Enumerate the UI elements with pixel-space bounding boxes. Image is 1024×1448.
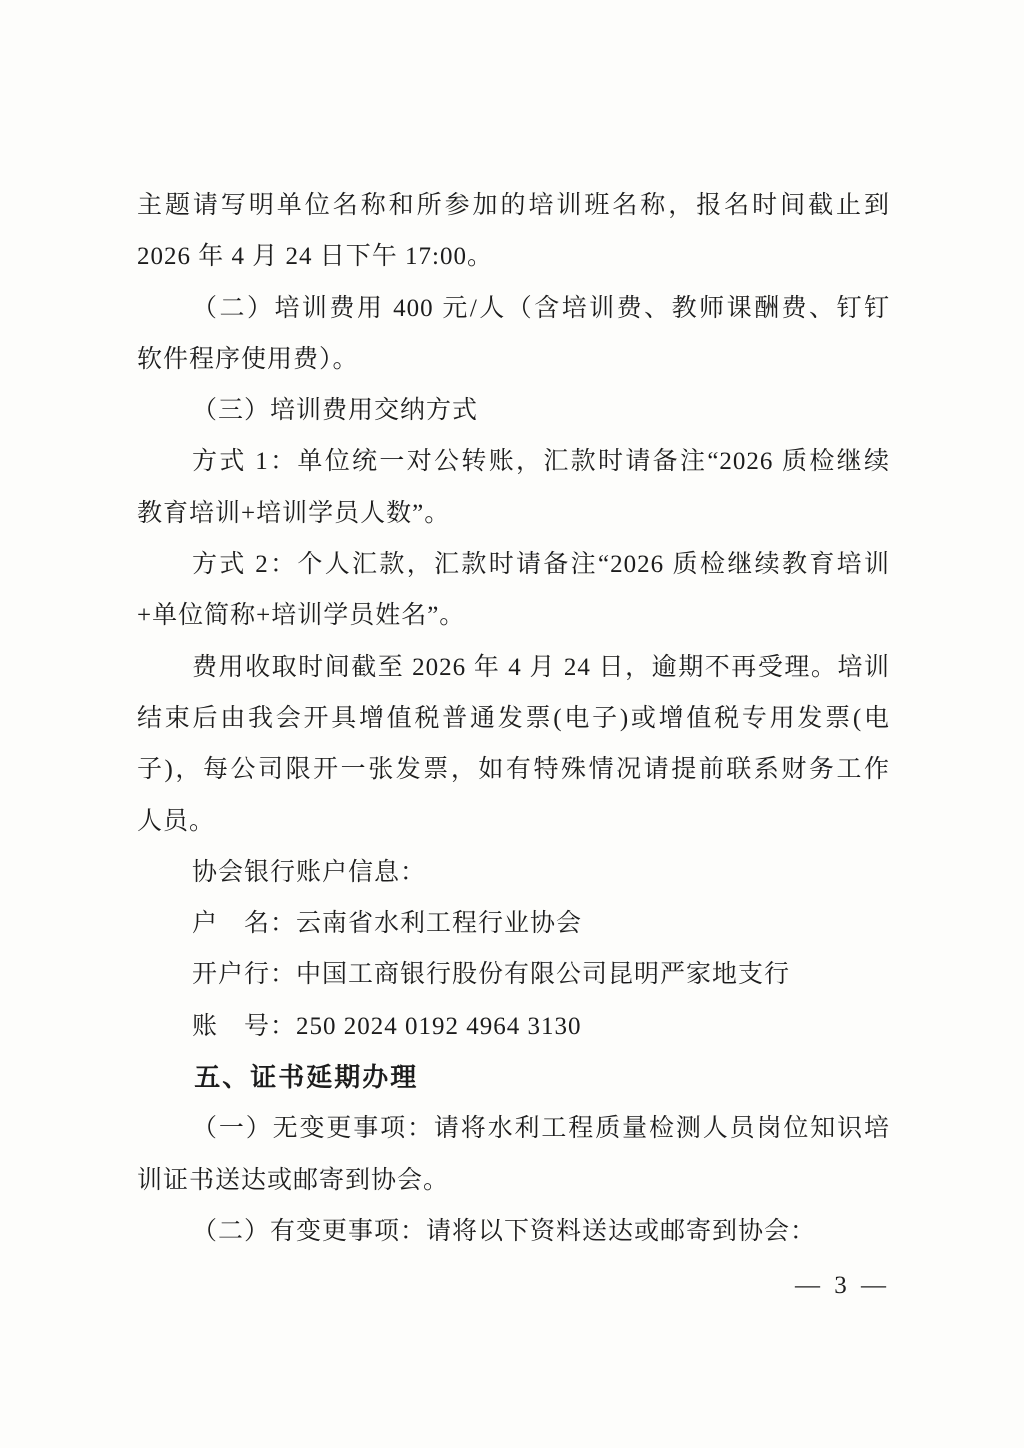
text-line: 方式 1：单位统一对公转账，汇款时请备注“2026 质检继续 (137, 436, 890, 487)
text-line: 2026 年 4 月 24 日下午 17:00。 (137, 231, 890, 282)
text-line: 协会银行账户信息： (137, 847, 890, 898)
text-line: （三）培训费用交纳方式 (137, 385, 890, 436)
text-line: 户 名：云南省水利工程行业协会 (137, 898, 890, 949)
text-line: 教育培训+培训学员人数”。 (137, 488, 890, 539)
text-line: 训证书送达或邮寄到协会。 (137, 1155, 890, 1206)
text-line: （二）培训费用 400 元/人（含培训费、教师课酬费、钉钉 (137, 283, 890, 334)
text-line: 开户行：中国工商银行股份有限公司昆明严家地支行 (137, 949, 890, 1000)
text-line: 主题请写明单位名称和所参加的培训班名称，报名时间截止到 (137, 180, 890, 231)
text-line: 软件程序使用费）。 (137, 334, 890, 385)
document-body: 主题请写明单位名称和所参加的培训班名称，报名时间截止到2026 年 4 月 24… (137, 180, 890, 1257)
text-line: 账 号：250 2024 0192 4964 3130 (137, 1001, 890, 1052)
page-number: — 3 — (795, 1272, 890, 1300)
text-line: 结束后由我会开具增值税普通发票(电子)或增值税专用发票(电 (137, 693, 890, 744)
document-page: 主题请写明单位名称和所参加的培训班名称，报名时间截止到2026 年 4 月 24… (0, 0, 1024, 1448)
text-line: 方式 2：个人汇款，汇款时请备注“2026 质检继续教育培训 (137, 539, 890, 590)
text-line: 人员。 (137, 796, 890, 847)
text-line: +单位简称+培训学员姓名”。 (137, 590, 890, 641)
text-line: 费用收取时间截至 2026 年 4 月 24 日，逾期不再受理。培训 (137, 642, 890, 693)
section-heading: 五、证书延期办理 (137, 1052, 890, 1103)
text-line: 子)，每公司限开一张发票，如有特殊情况请提前联系财务工作 (137, 744, 890, 795)
text-line: （二）有变更事项：请将以下资料送达或邮寄到协会： (137, 1206, 890, 1257)
text-line: （一）无变更事项：请将水利工程质量检测人员岗位知识培 (137, 1103, 890, 1154)
